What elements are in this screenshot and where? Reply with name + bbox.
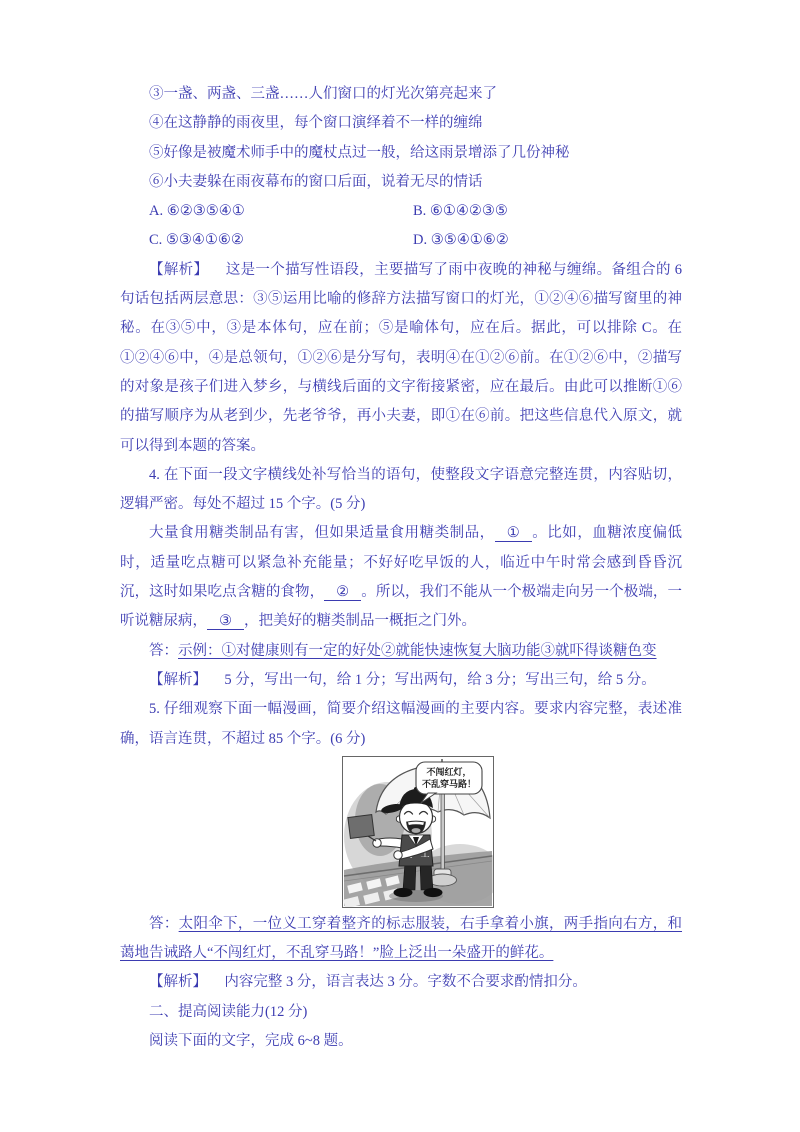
q3-item-5: ⑤好像是被魔术师手中的魔杖点过一般，给这雨景增添了几份神秘 — [120, 139, 682, 168]
analysis-tag: 【解析】 — [149, 672, 207, 688]
q4-answer: 答：示例：①对健康则有一定的好处②就能快速恢复大脑功能③就吓得谈糖色变 — [120, 637, 682, 666]
q3-analysis-text: 这是一个描写性语段，主要描写了雨中夜晚的神秘与缠绵。备组合的 6 句话包括两层意… — [120, 262, 682, 454]
cartoon-image: 义 工 — [342, 756, 494, 908]
q4-passage-part1: 大量食用糖类制品有害，但如果适量食用糖类制品， — [149, 525, 495, 541]
q4-analysis: 【解析】5 分，写出一句，给 1 分；写出两句，给 3 分；写出三句，给 5 分… — [120, 666, 682, 695]
q5-answer: 答：太阳伞下，一位义工穿着整齐的标志服装，右手拿着小旗，两手指向右方，和蔼地告诫… — [120, 910, 682, 969]
cartoon-figure: 义 工 — [120, 756, 682, 908]
q3-option-d: D. ③⑤④①⑥② — [413, 226, 682, 255]
q4-passage: 大量食用糖类制品有害，但如果适量食用糖类制品，①。比如，血糖浓度偏低时，适量吃点… — [120, 519, 682, 636]
q3-options-row-1: A. ⑥②③⑤④① B. ⑥①④②③⑤ — [120, 197, 682, 226]
bubble-line-1: 不闯红灯， — [426, 766, 471, 778]
q4-blank-1: ① — [495, 525, 533, 542]
q4-analysis-text: 5 分，写出一句，给 1 分；写出两句，给 3 分；写出三句，给 5 分。 — [224, 672, 655, 688]
analysis-tag: 【解析】 — [149, 262, 208, 278]
q4-blank-3: ③ — [207, 613, 244, 630]
q3-options-row-2: C. ⑤③④①⑥② D. ③⑤④①⑥② — [120, 226, 682, 255]
q3-item-3: ③一盏、两盏、三盏……人们窗口的灯光次第亮起来了 — [120, 80, 682, 109]
q3-option-c: C. ⑤③④①⑥② — [149, 226, 413, 255]
flag-arm — [373, 838, 402, 848]
exam-page: ③一盏、两盏、三盏……人们窗口的灯光次第亮起来了 ④在这静静的雨夜里，每个窗口演… — [0, 0, 800, 1132]
q5-stem: 5. 仔细观察下面一幅漫画，简要介绍这幅漫画的主要内容。要求内容完整，表述准确，… — [120, 695, 682, 754]
q5-answer-text: 太阳伞下，一位义工穿着整齐的标志服装，右手拿着小旗，两手指向右方，和蔼地告诫路人… — [120, 916, 682, 961]
section-heading: 二、提高阅读能力(12 分) — [120, 998, 682, 1027]
q4-stem: 4. 在下面一段文字横线处补写恰当的语句，使整段文字语意完整连贯，内容贴切，逻辑… — [120, 461, 682, 520]
q5-analysis: 【解析】内容完整 3 分，语言表达 3 分。字数不合要求酌情扣分。 — [120, 968, 682, 997]
q3-item-4: ④在这静静的雨夜里，每个窗口演绎着不一样的缠绵 — [120, 109, 682, 138]
q4-answer-text: 示例：①对健康则有一定的好处②就能快速恢复大脑功能③就吓得谈糖色变 — [178, 643, 657, 659]
q4-blank-2: ② — [324, 584, 361, 601]
q3-analysis: 【解析】这是一个描写性语段，主要描写了雨中夜晚的神秘与缠绵。备组合的 6 句话包… — [120, 256, 682, 461]
q3-option-a: A. ⑥②③⑤④① — [149, 197, 413, 226]
q3-item-6: ⑥小夫妻躲在雨夜幕布的窗口后面，说着无尽的情话 — [120, 168, 682, 197]
analysis-tag: 【解析】 — [149, 974, 207, 990]
q4-passage-part4: ，把美好的糖类制品一概拒之门外。 — [244, 613, 476, 629]
reading-intro: 阅读下面的文字，完成 6~8 题。 — [120, 1027, 682, 1056]
answer-label: 答： — [149, 643, 178, 659]
q5-analysis-text: 内容完整 3 分，语言表达 3 分。字数不合要求酌情扣分。 — [224, 974, 587, 990]
bubble-line-2: 不乱穿马路！ — [422, 778, 476, 789]
q3-option-b: B. ⑥①④②③⑤ — [413, 197, 682, 226]
answer-label: 答： — [149, 916, 179, 932]
exam-content: ③一盏、两盏、三盏……人们窗口的灯光次第亮起来了 ④在这静静的雨夜里，每个窗口演… — [120, 80, 682, 1056]
